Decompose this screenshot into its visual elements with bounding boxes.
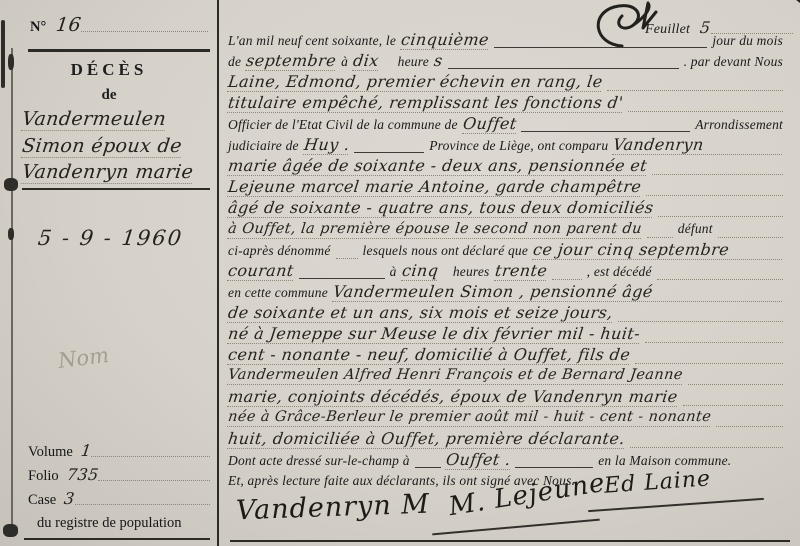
act-line-12: courant à cinq heures trente , est décéd… (228, 263, 788, 284)
act-line-15: né à Jemeppe sur Meuse le dix février mi… (228, 326, 788, 347)
margin-death-date: 5 - 9 - 1960 (37, 228, 185, 249)
fill-stroke (494, 47, 708, 48)
fill-dots (647, 237, 673, 238)
act-line-02: de septembre à dix heure s . par devant … (228, 53, 788, 74)
fill-dots (657, 279, 783, 280)
fill-dots (336, 258, 358, 259)
act-number-label: N° (30, 19, 46, 36)
fill-dots (688, 384, 783, 385)
binding-seam (11, 48, 13, 536)
act-body: L'an mil neuf cent soixante, le cinquièm… (228, 32, 788, 494)
deces-title-de: de (0, 87, 218, 104)
fill-dots (646, 195, 783, 196)
volume-label: Volume (28, 444, 73, 461)
deceased-name-line2: Simon époux de (22, 137, 182, 158)
case-label: Case (28, 492, 56, 509)
signature-declarant: Vandenryn M (236, 489, 431, 527)
fill-stroke (354, 152, 424, 153)
deces-title: DÉCÈS (0, 60, 218, 80)
case-blank-line (75, 504, 210, 505)
death-register-page: N° 16 DÉCÈS de Vandermeulen Simon époux … (0, 0, 800, 546)
volume-blank-line (91, 456, 210, 457)
folio-row: Folio 735 (28, 467, 210, 485)
fill-dots (645, 342, 783, 343)
act-line-18: marie, conjoints décédés, époux de Vande… (228, 389, 788, 410)
deceased-name-line3: Vandenryn marie (22, 163, 193, 184)
volume-row: Volume 1 (28, 443, 210, 461)
column-divider (217, 0, 219, 546)
fill-dots (716, 426, 783, 427)
volume-value: 1 (80, 443, 93, 459)
folio-blank-line (98, 480, 210, 481)
act-line-10: à Ouffet, la première épouse le second n… (228, 221, 788, 242)
fill-dots (552, 279, 582, 280)
act-line-17: Vandermeulen Alfred Henri François et de… (228, 368, 788, 389)
fill-stroke (521, 131, 690, 132)
fill-dots (630, 447, 783, 448)
pencil-annotation: Nom (57, 343, 110, 373)
act-line-05: Officier de l'Etat Civil de la commune d… (228, 116, 788, 137)
margin-name-underline (22, 188, 210, 190)
binding-staple-mid (8, 228, 14, 240)
case-row: Case 3 (28, 491, 210, 509)
act-line-13: en cette commune Vandermeulen Simon , pe… (228, 284, 788, 305)
act-line-06: judiciaire de Huy . Province de Liège, o… (228, 137, 788, 158)
fill-dots (718, 237, 783, 238)
act-line-04: titulaire empêché, remplissant les fonct… (228, 95, 788, 116)
case-value: 3 (63, 491, 76, 507)
act-line-09: âgé de soixante - quatre ans, tous deux … (228, 200, 788, 221)
fill-dots (607, 90, 783, 91)
act-line-14: de soixante et un ans, six mois et seize… (228, 305, 788, 326)
act-line-03: Laine, Edmond, premier échevin en rang, … (228, 74, 788, 95)
fill-stroke (448, 68, 679, 69)
page-corner-shadow (780, 0, 800, 13)
act-line-11: ci-après dénommé lesquels nous ont décla… (228, 242, 788, 263)
deceased-name-line1: Vandermeulen (22, 110, 166, 131)
fill-dots (658, 216, 783, 217)
fill-stroke (299, 278, 385, 279)
folio-value: 735 (66, 467, 100, 483)
act-line-01: L'an mil neuf cent soixante, le cinquièm… (228, 32, 788, 53)
act-line-08: Lejeune marcel marie Antoine, garde cham… (228, 179, 788, 200)
register-label: du registre de population (37, 515, 182, 532)
act-line-07: marie âgée de soixante - deux ans, pensi… (228, 158, 788, 179)
signature-officer-flourish (588, 498, 764, 512)
act-bottom-rule (230, 540, 790, 542)
act-number-value: 16 (55, 16, 82, 35)
margin-heading-rule (28, 49, 210, 52)
fill-dots (628, 111, 783, 112)
folio-label: Folio (28, 468, 59, 485)
fill-dots (618, 321, 783, 322)
act-line-19: née à Grâce-Berleur le premier août mil … (228, 410, 788, 431)
act-line-16: cent - nonante - neuf, domicilié à Ouffe… (228, 347, 788, 368)
margin-bottom-rule (24, 538, 210, 540)
binding-clip-middle (4, 178, 18, 191)
binding-clip-bottom (3, 524, 18, 537)
fill-stroke (515, 467, 593, 468)
act-line-20: huit, domiciliée à Ouffet, première décl… (228, 431, 788, 452)
act-number-row: N° 16 (30, 16, 208, 36)
fill-dots (652, 174, 783, 175)
act-number-blank-line (81, 31, 208, 32)
fill-stroke (415, 467, 441, 468)
fill-dots (635, 363, 783, 364)
fill-dots (683, 405, 783, 406)
